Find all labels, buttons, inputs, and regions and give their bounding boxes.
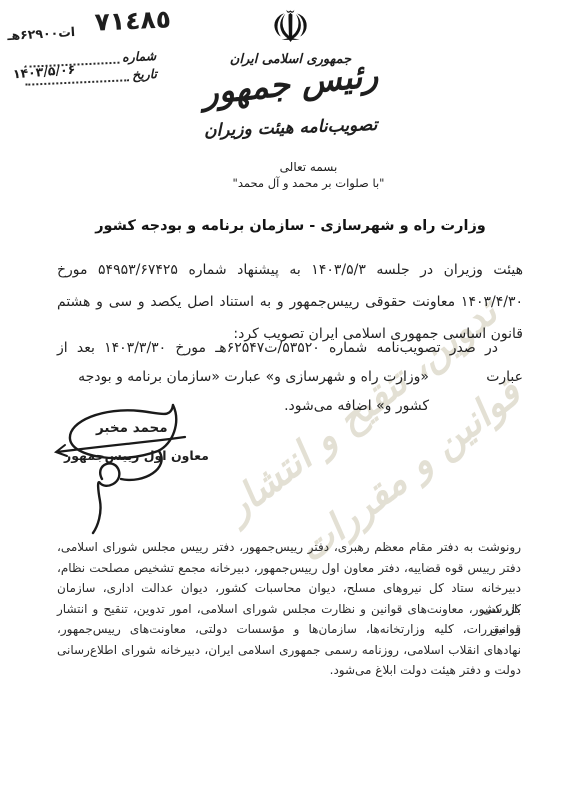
distribution-list: رونوشت به دفتر مقام معظم رهبری، دفتر ریی… — [57, 537, 521, 681]
signer-title: معاون اول رییس‌جمهور — [64, 448, 209, 463]
iran-emblem-icon: ☫ — [0, 4, 581, 52]
body-line: «وزارت راه و شهرسازی و» عبارت «سازمان بر… — [57, 363, 523, 392]
salutation-line: "با صلوات بر محمد و آل محمد" — [36, 176, 581, 190]
body-line: ۱۴۰۳/۴/۳۰ معاونت حقوقی رییس‌جمهور و به ا… — [57, 286, 523, 318]
scanned-decree-document: تدوین، تنقیح و انتشار قوانین و مقررات ات… — [0, 0, 581, 809]
signer-name: محمد مخبر — [96, 420, 168, 436]
invocation-block: بسمه تعالی "با صلوات بر محمد و آل محمد" — [36, 160, 581, 190]
distribution-line: دبیرخانه ستاد کل نیروهای مسلح، دیوان محا… — [57, 578, 521, 599]
invocation-line: بسمه تعالی — [36, 160, 581, 174]
office-title: رئیس جمهور — [0, 64, 581, 103]
body-line: در صدر تصویب‌نامه شماره ۵۳۵۲۰/ت۶۲۵۴۷هـ م… — [57, 334, 523, 363]
document-type-text: تصویب‌نامه هیئت وزیران — [204, 115, 378, 141]
distribution-line: کل کشور، معاونت‌های قوانین و نظارت مجلس … — [57, 599, 521, 620]
addressee-line: وزارت راه و شهرسازی - سازمان برنامه و بو… — [0, 218, 581, 234]
distribution-line: و مقررات، کلیه وزارتخانه‌ها، سازمان‌ها و… — [57, 619, 521, 640]
distribution-line: دولت و دفتر هیئت دولت ابلاغ می‌شود. — [57, 660, 521, 681]
document-type: تصویب‌نامه هیئت وزیران — [0, 118, 581, 138]
body-line: هیئت وزیران در جلسه ۱۴۰۳/۵/۳ به پیشنهاد … — [57, 254, 523, 286]
distribution-line: رونوشت به دفتر مقام معظم رهبری، دفتر ریی… — [57, 537, 521, 558]
body-paragraph-2: در صدر تصویب‌نامه شماره ۵۳۵۲۰/ت۶۲۵۴۷هـ م… — [57, 334, 523, 392]
distribution-line: نهادهای انقلاب اسلامی، روزنامه رسمی جمهو… — [57, 640, 521, 661]
office-title-text: رئیس جمهور — [201, 55, 380, 112]
distribution-line: دفتر رییس قوه قضاییه، دفتر معاون اول ریی… — [57, 558, 521, 579]
